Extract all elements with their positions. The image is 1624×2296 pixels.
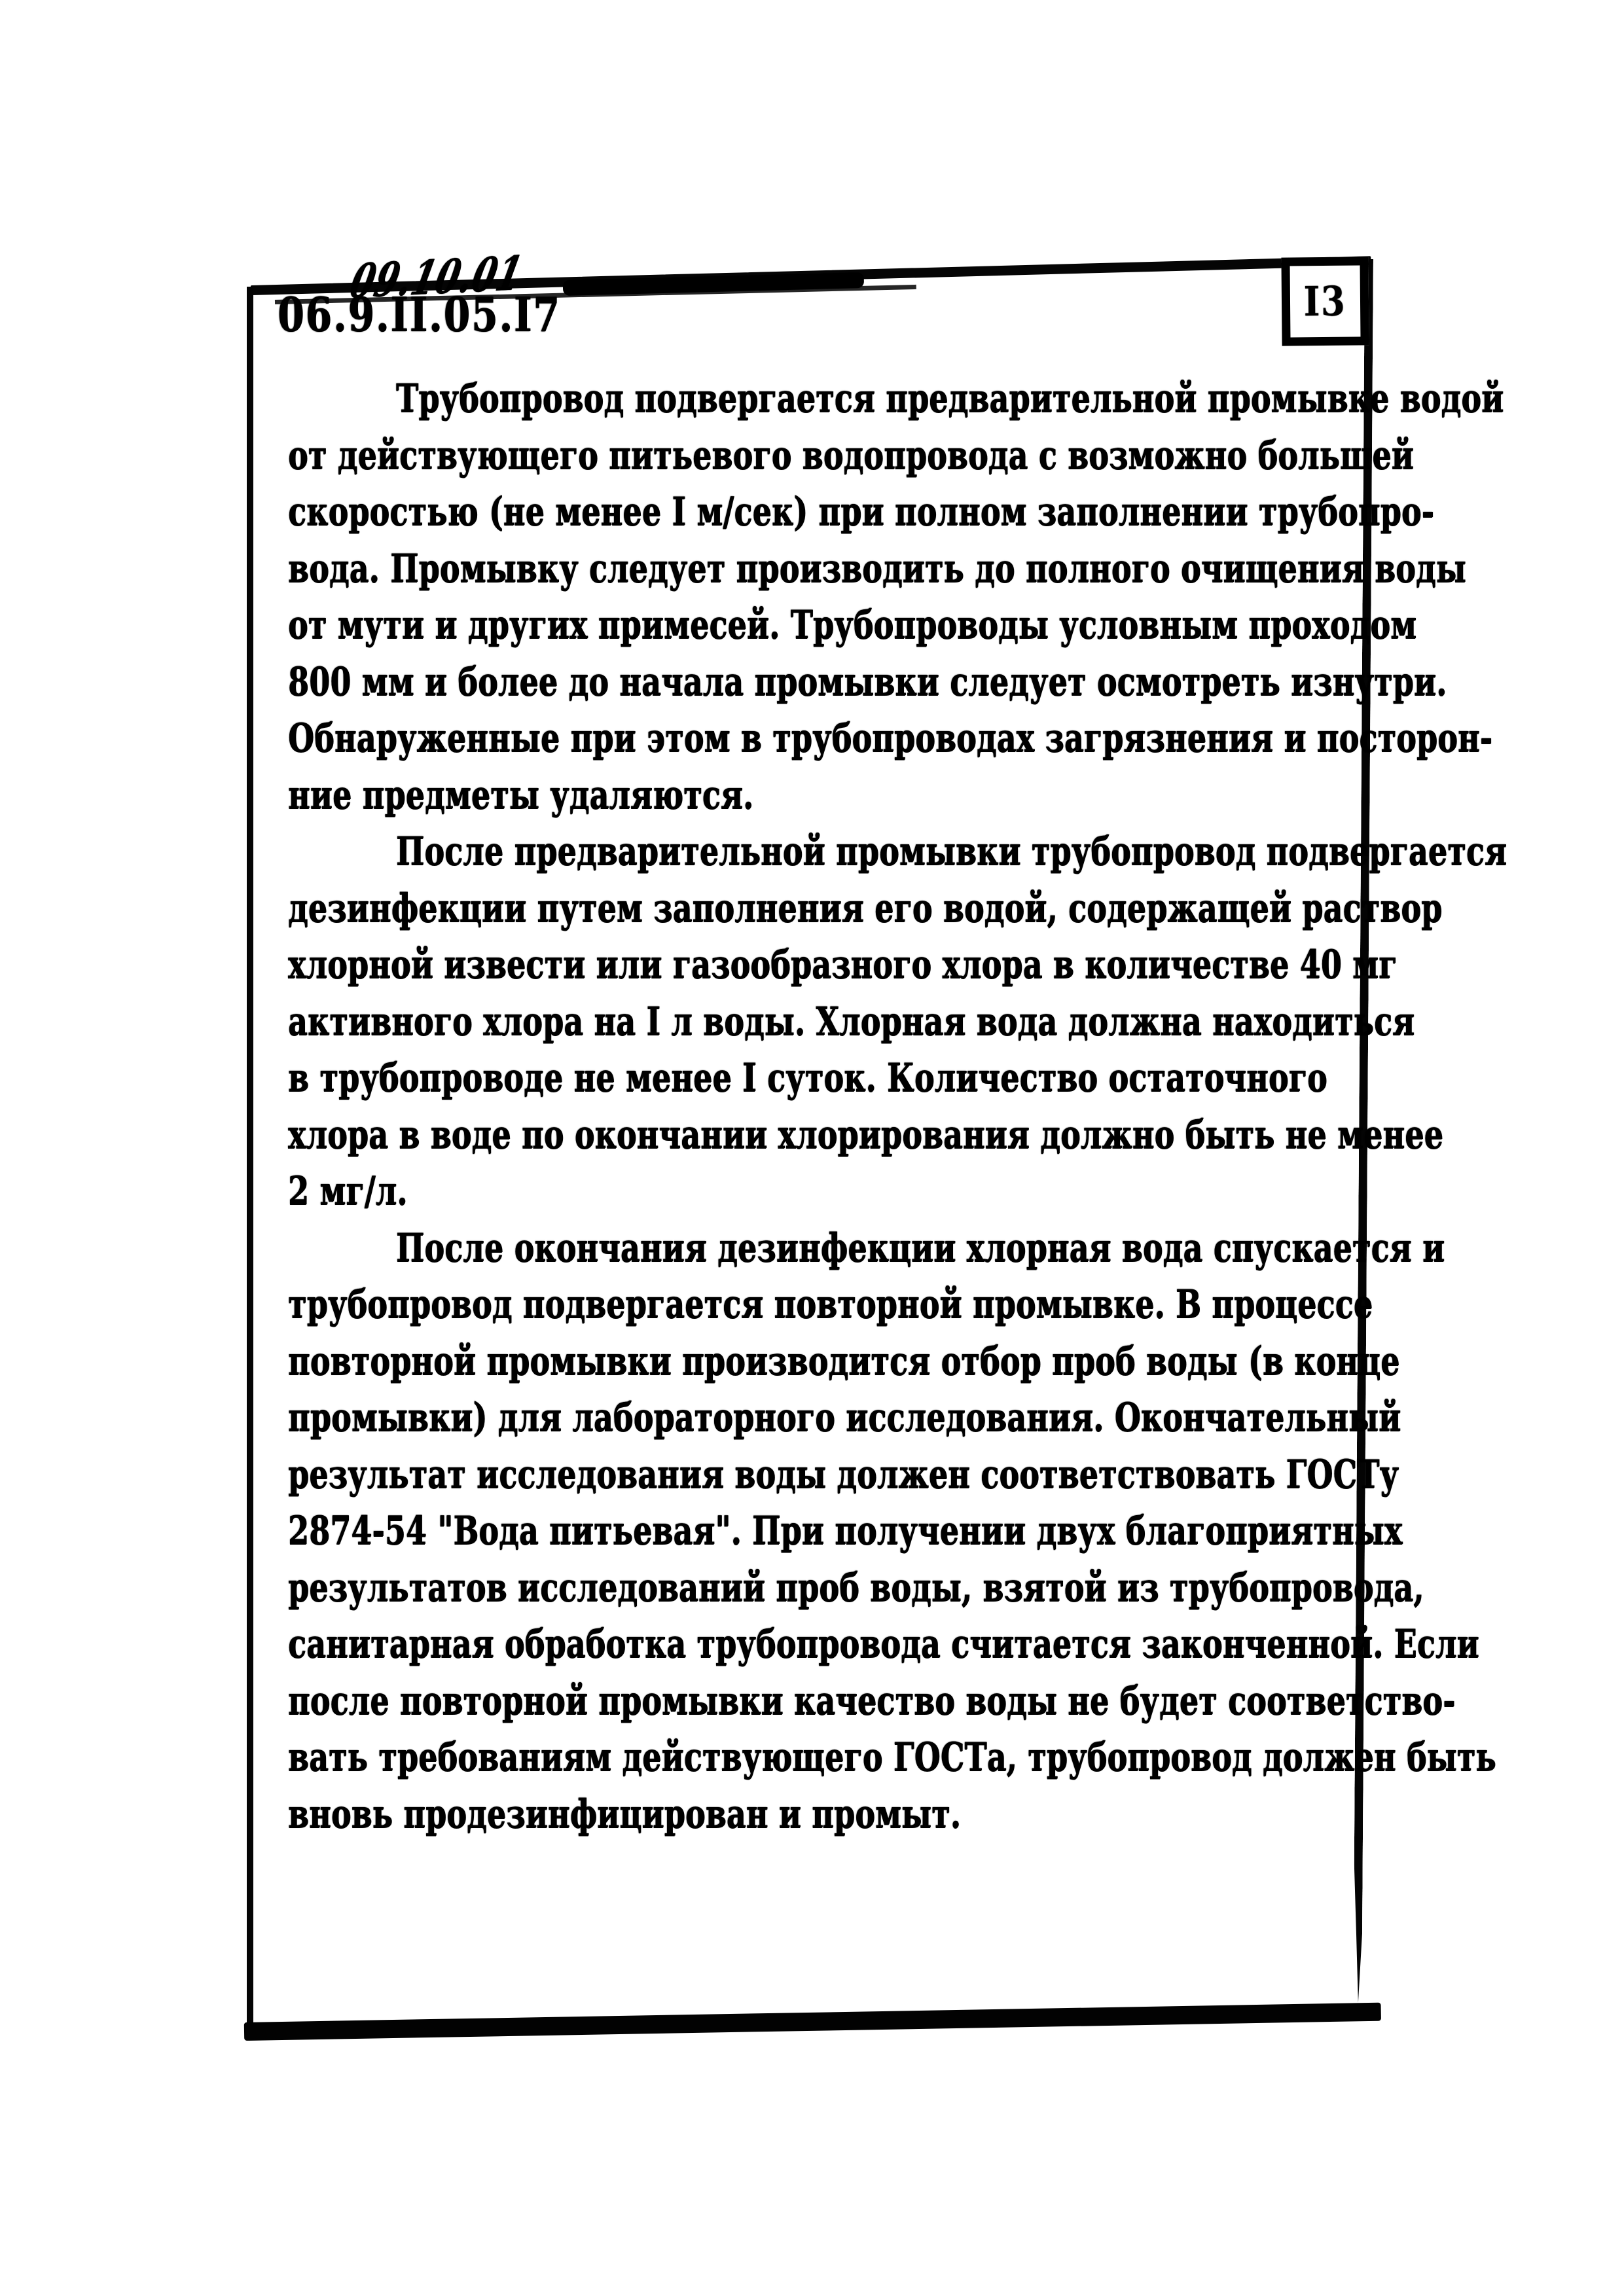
text-line: Обнаруженные при этом в трубопроводах за… (288, 710, 1333, 767)
text-line: 2874-54 "Вода питьевая". При получении д… (288, 1503, 1333, 1560)
document-body: Трубопровод подвергается предварительной… (288, 370, 1333, 1842)
text-line: санитарная обработка трубопровода считае… (288, 1616, 1333, 1673)
text-line: от действующего питьевого водопровода с … (288, 427, 1333, 484)
text-line: 2 мг/л. (288, 1163, 1333, 1220)
text-line: вода. Промывку следует производить до по… (288, 541, 1333, 598)
text-line: активного хлора на I л воды. Хлорная вод… (288, 994, 1333, 1050)
text-line: хлора в воде по окончании хлорирования д… (288, 1107, 1333, 1164)
text-line: хлорной извести или газообразного хлора … (288, 937, 1333, 994)
text-line: промывки) для лабораторного исследования… (288, 1390, 1333, 1446)
paragraph: Трубопровод подвергается предварительной… (288, 370, 1333, 823)
paragraph: После предварительной промывки трубопров… (288, 823, 1333, 1220)
text-line: от мути и других примесей. Трубопроводы … (288, 597, 1333, 654)
page-frame-left-border (247, 287, 253, 2036)
page-frame-bottom-border (244, 2003, 1381, 2041)
paragraph: После окончания дезинфекции хлорная вода… (288, 1220, 1333, 1843)
text-line: 800 мм и более до начала промывки следуе… (288, 654, 1333, 711)
text-line: После предварительной промывки трубопров… (288, 823, 1333, 880)
text-line: дезинфекции путем заполнения его водой, … (288, 880, 1333, 937)
text-line: вновь продезинфицирован и промыт. (288, 1786, 1333, 1843)
text-line: после повторной промывки качество воды н… (288, 1673, 1333, 1730)
text-line: скоростью (не менее I м/сек) при полном … (288, 484, 1333, 541)
text-line: Трубопровод подвергается предварительной… (288, 370, 1333, 427)
text-line: результат исследования воды должен соотв… (288, 1446, 1333, 1503)
text-line: ние предметы удаляются. (288, 767, 1333, 824)
text-line: повторной промывки производится отбор пр… (288, 1333, 1333, 1390)
text-line: После окончания дезинфекции хлорная вода… (288, 1220, 1333, 1277)
text-line: трубопровод подвергается повторной промы… (288, 1276, 1333, 1333)
page-number: I3 (1304, 278, 1346, 326)
document-number: 06.9.II.05.I7 (278, 291, 561, 338)
page-number-box: I3 (1281, 257, 1369, 346)
text-line: вать требованиям действующего ГОСТа, тру… (288, 1729, 1333, 1786)
scanned-document-page: I3 09.10.01 06.9.II.05.I7 Трубопровод по… (0, 0, 1624, 2296)
text-line: результатов исследований проб воды, взят… (288, 1560, 1333, 1617)
text-line: в трубопроводе не менее I суток. Количес… (288, 1050, 1333, 1107)
